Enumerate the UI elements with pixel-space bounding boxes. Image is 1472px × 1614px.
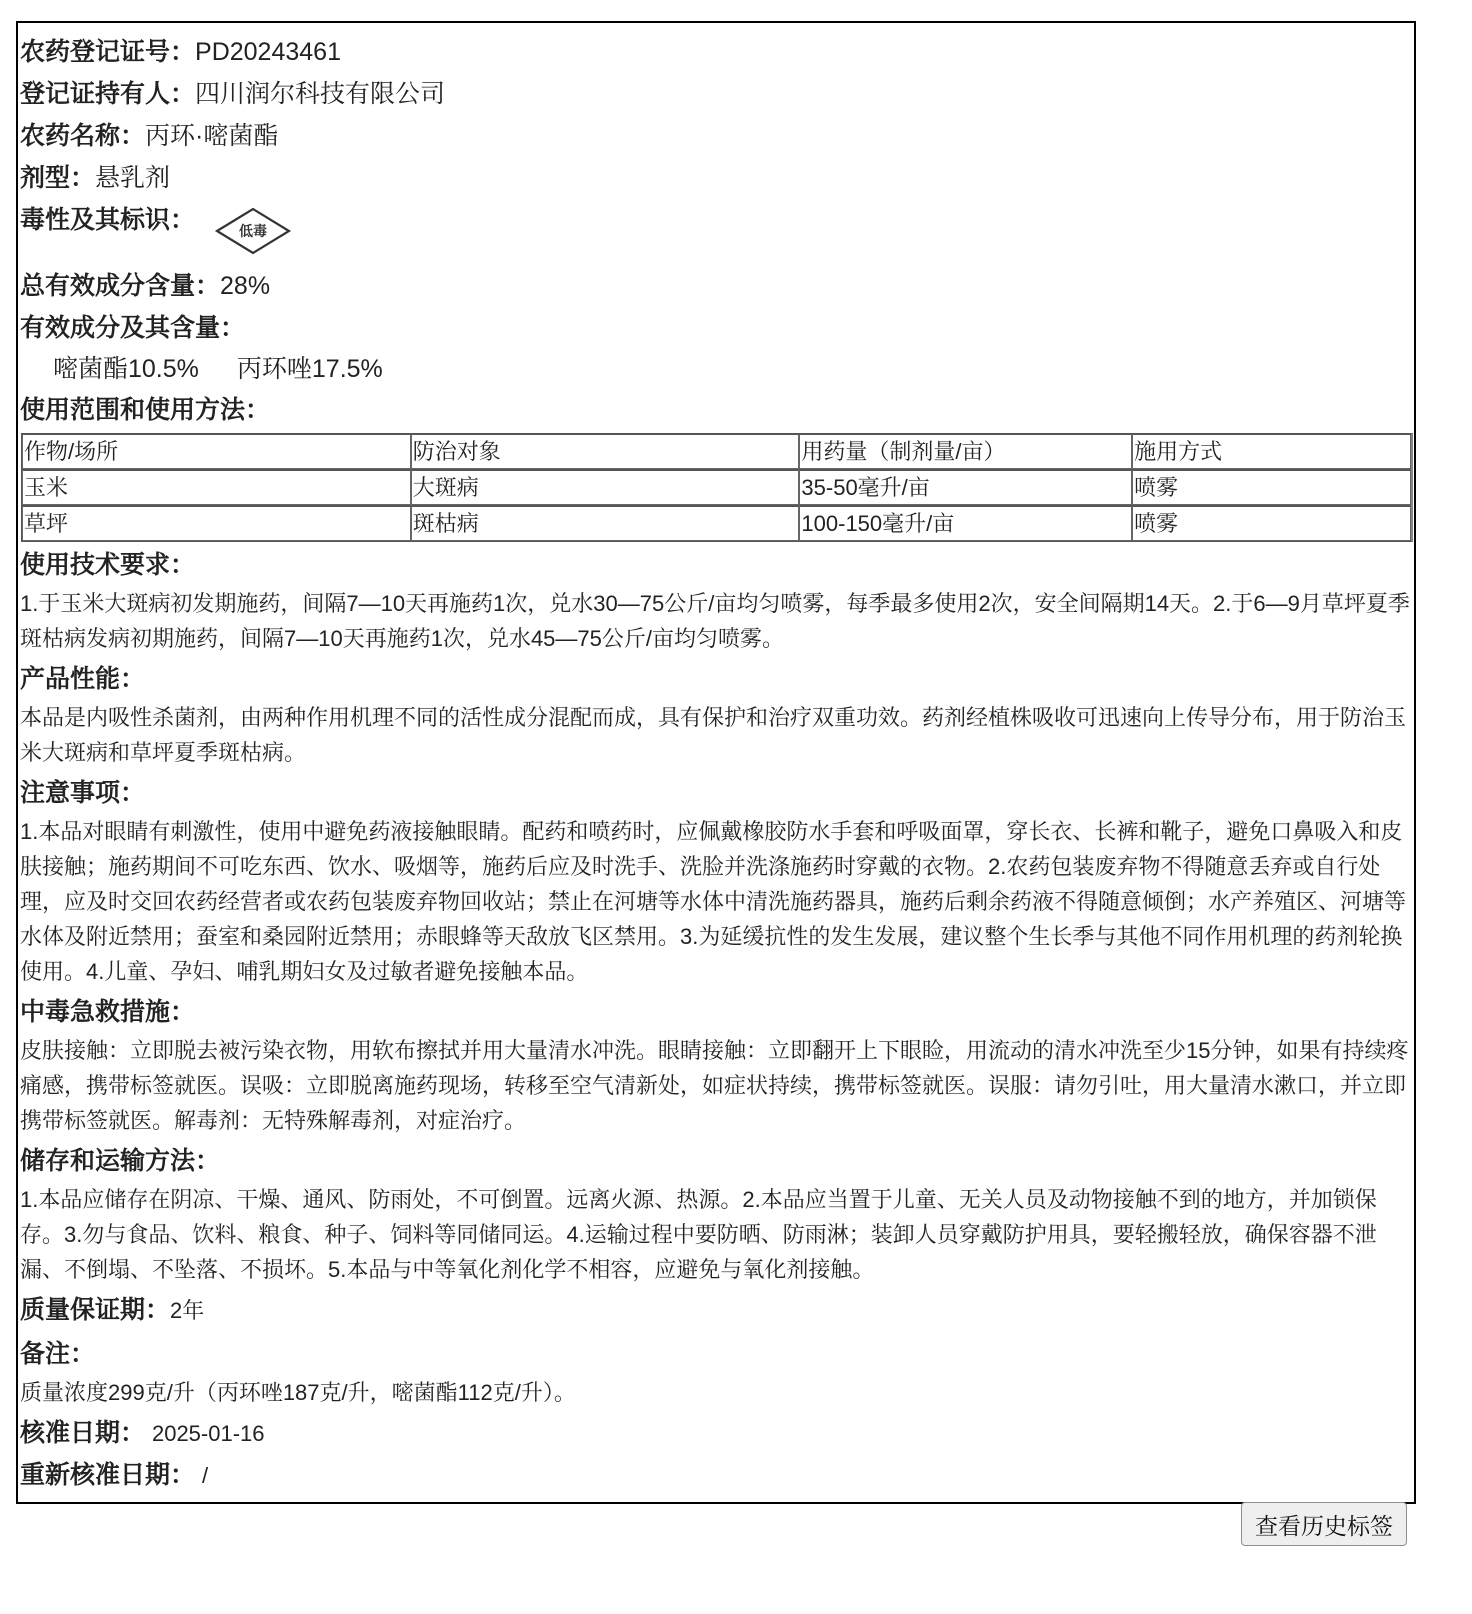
reg-no-label: 农药登记证号：: [20, 38, 195, 66]
cell-method: 喷雾: [1132, 469, 1411, 505]
ingredients-label: 有效成分及其含量：: [20, 314, 245, 342]
formulation-row: 剂型：悬乳剂: [20, 157, 1414, 199]
column-header-dosage: 用药量（制剂量/亩）: [799, 434, 1132, 469]
column-header-method: 施用方式: [1132, 434, 1411, 469]
warranty-value: 2年: [170, 1298, 204, 1323]
ingredients-list: 嘧菌酯10.5%丙环唑17.5%: [20, 349, 1414, 389]
tech-requirements-text: 1.于玉米大斑病初发期施药，间隔7—10天再施药1次，兑水30—75公斤/亩均匀…: [20, 586, 1414, 656]
column-header-target: 防治对象: [411, 434, 800, 469]
cell-target: 斑枯病: [411, 505, 800, 541]
toxicity-label: 毒性及其标识：: [20, 199, 195, 241]
total-content-value: 28%: [220, 272, 270, 300]
first-aid-text: 皮肤接触：立即脱去被污染衣物，用软布擦拭并用大量清水冲洗。眼睛接触：立即翻开上下…: [20, 1033, 1414, 1138]
warranty-row: 质量保证期：2年: [20, 1289, 1414, 1331]
low-toxicity-icon: 低毒: [213, 205, 293, 257]
pesticide-name-label: 农药名称：: [20, 122, 145, 150]
toxicity-row: 毒性及其标识： 低毒: [20, 199, 1414, 265]
remarks-heading: 备注：: [20, 1333, 1414, 1375]
formulation-label: 剂型：: [20, 164, 95, 192]
first-aid-heading: 中毒急救措施：: [20, 991, 1414, 1033]
ingredient-item: 嘧菌酯10.5%: [53, 355, 199, 383]
usage-heading-row: 使用范围和使用方法：: [20, 389, 1414, 431]
usage-label: 使用范围和使用方法：: [20, 396, 270, 424]
cell-target: 大斑病: [411, 469, 800, 505]
view-history-labels-button[interactable]: 查看历史标签: [1241, 1502, 1407, 1546]
pesticide-name-value: 丙环·嘧菌酯: [145, 122, 278, 150]
formulation-value: 悬乳剂: [95, 164, 170, 192]
ingredient-item: 丙环唑17.5%: [237, 355, 383, 383]
cautions-text: 1.本品对眼睛有刺激性，使用中避免药液接触眼睛。配药和喷药时，应佩戴橡胶防水手套…: [20, 814, 1414, 989]
product-performance-heading: 产品性能：: [20, 658, 1414, 700]
label-detail-panel: 农药登记证号：PD20243461 登记证持有人：四川润尔科技有限公司 农药名称…: [16, 21, 1416, 1504]
approval-date-label: 核准日期：: [20, 1419, 145, 1447]
ingredients-heading-row: 有效成分及其含量：: [20, 307, 1414, 349]
pesticide-name-row: 农药名称：丙环·嘧菌酯: [20, 115, 1414, 157]
approval-date-value: 2025-01-16: [152, 1421, 265, 1446]
holder-row: 登记证持有人：四川润尔科技有限公司: [20, 73, 1414, 115]
remarks-text: 质量浓度299克/升（丙环唑187克/升，嘧菌酯112克/升）。: [20, 1375, 1414, 1410]
cell-method: 喷雾: [1132, 505, 1411, 541]
total-content-label: 总有效成分含量：: [20, 272, 220, 300]
holder-label: 登记证持有人：: [20, 80, 195, 108]
approval-date-row: 核准日期： 2025-01-16: [20, 1412, 1414, 1454]
reapproval-date-value: /: [202, 1463, 208, 1488]
column-header-crop: 作物/场所: [22, 434, 411, 469]
cautions-heading: 注意事项：: [20, 772, 1414, 814]
cell-dosage: 100-150毫升/亩: [799, 505, 1132, 541]
holder-value: 四川润尔科技有限公司: [195, 80, 445, 108]
storage-text: 1.本品应储存在阴凉、干燥、通风、防雨处，不可倒置。远离火源、热源。2.本品应当…: [20, 1182, 1414, 1287]
product-performance-text: 本品是内吸性杀菌剂，由两种作用机理不同的活性成分混配而成，具有保护和治疗双重功效…: [20, 700, 1414, 770]
table-header-row: 作物/场所 防治对象 用药量（制剂量/亩） 施用方式: [22, 434, 1411, 469]
reg-no-value: PD20243461: [195, 38, 341, 66]
reg-no-row: 农药登记证号：PD20243461: [20, 31, 1414, 73]
storage-heading: 储存和运输方法：: [20, 1140, 1414, 1182]
cell-crop: 玉米: [22, 469, 411, 505]
total-content-row: 总有效成分含量：28%: [20, 265, 1414, 307]
reapproval-date-row: 重新核准日期： /: [20, 1454, 1414, 1496]
table-row: 玉米 大斑病 35-50毫升/亩 喷雾: [22, 469, 1411, 505]
usage-table: 作物/场所 防治对象 用药量（制剂量/亩） 施用方式 玉米 大斑病 35-50毫…: [21, 433, 1413, 542]
cell-dosage: 35-50毫升/亩: [799, 469, 1132, 505]
reapproval-date-label: 重新核准日期：: [20, 1461, 195, 1489]
cell-crop: 草坪: [22, 505, 411, 541]
warranty-label: 质量保证期：: [20, 1296, 170, 1324]
toxicity-icon-text: 低毒: [239, 223, 267, 240]
table-row: 草坪 斑枯病 100-150毫升/亩 喷雾: [22, 505, 1411, 541]
tech-requirements-heading: 使用技术要求：: [20, 544, 1414, 586]
